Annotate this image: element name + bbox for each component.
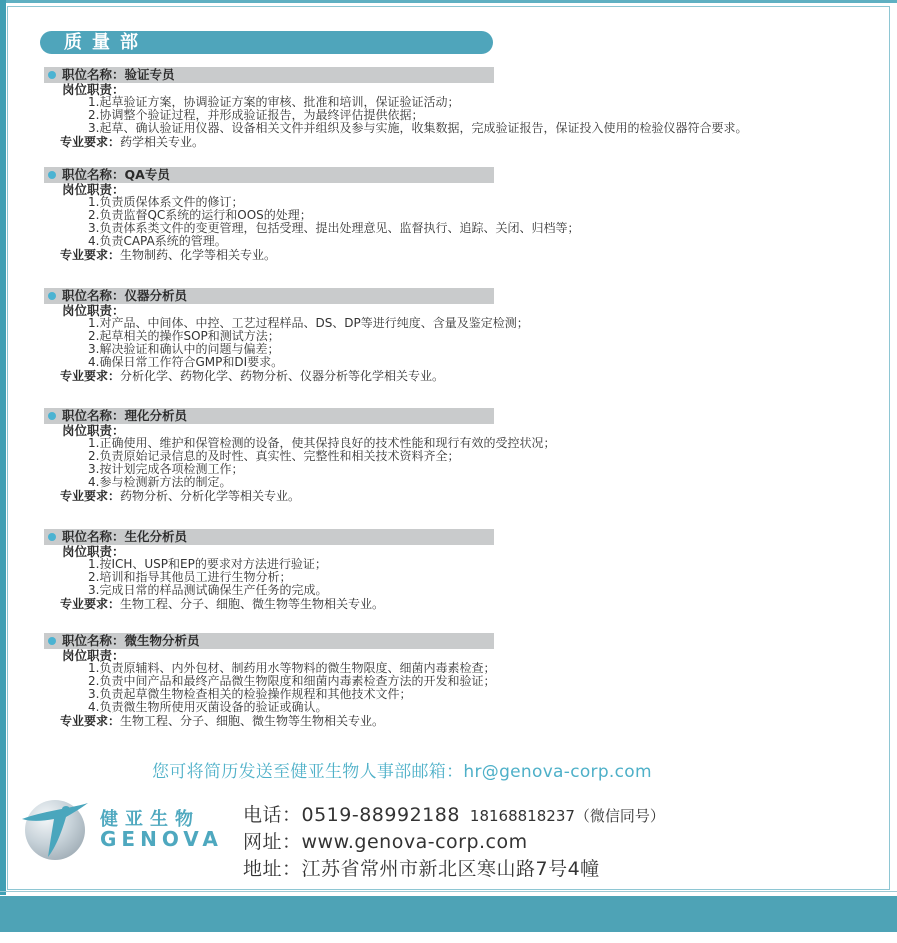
position-label: 职位名称： [62,633,125,648]
requirement-label: 专业要求： [60,135,120,149]
job-title: 理化分析员 [125,408,188,423]
mobile-number[interactable]: 18168818237（微信同号） [470,807,665,825]
duty-item: 3.起草、确认验证用仪器、设备相关文件并组织及参与实施，收集数据，完成验证报告，… [88,122,494,135]
requirement: 专业要求：生物制药、化学等相关专业。 [60,248,494,262]
duty-item: 4.负责CAPA系统的管理。 [88,235,494,248]
bottom-band [0,896,897,932]
position-label: 职位名称： [62,167,125,182]
job-title: 仪器分析员 [125,288,188,303]
duty-item: 4.确保日常工作符合GMP和DI要求。 [88,356,494,369]
requirement-label: 专业要求： [60,369,120,383]
job-title-bar: 职位名称：仪器分析员 [44,288,494,304]
requirement-label: 专业要求： [60,489,120,503]
requirement: 专业要求：药物分析、分析化学等相关专业。 [60,489,494,503]
position-label: 职位名称： [62,529,125,544]
job-title: 验证专员 [125,67,175,82]
logo-english-name: GENOVA [100,827,223,851]
job-title: 微生物分析员 [125,633,200,648]
requirement-text: 生物制药、化学等相关专业。 [120,248,276,262]
job-title: QA专员 [125,167,170,182]
duty-item: 4.参与检测新方法的制定。 [88,476,494,489]
job-posting: 职位名称：微生物分析员 岗位职责： 1.负责原辅料、内外包材、制药用水等物料的微… [44,633,494,728]
bullet-dot-icon [48,71,56,79]
job-posting: 职位名称：仪器分析员 岗位职责： 1.对产品、中间体、中控、工艺过程样品、DS、… [44,288,494,383]
bullet-dot-icon [48,637,56,645]
left-border [0,0,6,895]
bottom-divider [0,891,897,892]
department-banner: 质量部 [40,31,493,54]
requirement-text: 生物工程、分子、细胞、微生物等生物相关专业。 [120,714,384,728]
requirement: 专业要求：分析化学、药物化学、药物分析、仪器分析等化学相关专业。 [60,369,494,383]
position-label: 职位名称： [62,408,125,423]
top-border [0,0,897,3]
email-line[interactable]: 您可将简历发送至健亚生物人事部邮箱：hr@genova-corp.com [152,757,652,782]
job-posting: 职位名称：验证专员 岗位职责： 1.起草验证方案，协调验证方案的审核、批准和培训… [44,67,494,149]
job-posting: 职位名称：QA专员 岗位职责： 1.负责质保体系文件的修订； 2.负责监督QC系… [44,167,494,262]
requirement-label: 专业要求： [60,597,120,611]
bullet-dot-icon [48,412,56,420]
requirement-text: 生物工程、分子、细胞、微生物等生物相关专业。 [120,597,384,611]
job-title-bar: 职位名称：QA专员 [44,167,494,183]
bullet-dot-icon [48,533,56,541]
position-label: 职位名称： [62,67,125,82]
job-title-bar: 职位名称：验证专员 [44,67,494,83]
job-title-bar: 职位名称：微生物分析员 [44,633,494,649]
requirement: 专业要求：生物工程、分子、细胞、微生物等生物相关专业。 [60,714,494,728]
requirement-text: 分析化学、药物化学、药物分析、仪器分析等化学相关专业。 [120,369,444,383]
contact-website[interactable]: 网址：www.genova-corp.com [243,827,528,854]
requirement: 专业要求：生物工程、分子、细胞、微生物等生物相关专业。 [60,597,494,611]
job-posting: 职位名称：生化分析员 岗位职责： 1.按ICH、USP和EP的要求对方法进行验证… [44,529,494,611]
job-posting: 职位名称：理化分析员 岗位职责： 1.正确使用、维护和保管检测的设备，使其保持良… [44,408,494,503]
contact-address: 地址：江苏省常州市新北区寒山路7号4幢 [243,854,600,881]
requirement-label: 专业要求： [60,714,120,728]
position-label: 职位名称： [62,288,125,303]
requirement-label: 专业要求： [60,248,120,262]
duty-item: 3.完成日常的样品测试确保生产任务的完成。 [88,584,494,597]
phone-number[interactable]: 电话：0519-88992188 [243,804,460,826]
bullet-dot-icon [48,292,56,300]
job-title-bar: 职位名称：生化分析员 [44,529,494,545]
duty-item: 4.负责微生物所使用灭菌设备的验证或确认。 [88,701,494,714]
requirement-text: 药物分析、分析化学等相关专业。 [120,489,300,503]
job-title: 生化分析员 [125,529,188,544]
contact-phone: 电话：0519-8899218818168818237（微信同号） [243,800,665,827]
requirement-text: 药学相关专业。 [120,135,204,149]
genova-logo-swoosh-icon [18,795,98,865]
job-title-bar: 职位名称：理化分析员 [44,408,494,424]
bullet-dot-icon [48,171,56,179]
requirement: 专业要求：药学相关专业。 [60,135,494,149]
